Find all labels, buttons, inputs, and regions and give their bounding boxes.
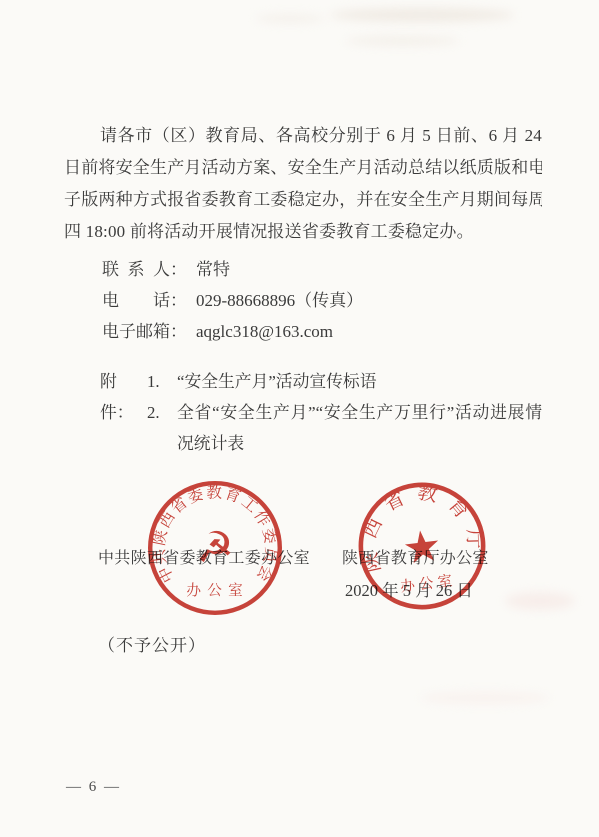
- paragraph-line-2: 日前将安全生产月活动方案、安全生产月活动总结以纸质版和电: [64, 152, 542, 184]
- contact-info-block: 联系人：常特 电话：029-88668896（传真） 电子邮箱：aqglc318…: [102, 254, 542, 347]
- scan-smudge: [420, 692, 550, 704]
- scan-smudge: [330, 8, 515, 22]
- paragraph-line-4: 四 18:00 前将活动开展情况报送省委教育工委稳定办。: [64, 216, 542, 248]
- page-number: — 6 —: [66, 779, 121, 796]
- contact-email-label: 电子邮箱: [102, 316, 170, 347]
- scan-smudge: [505, 592, 575, 610]
- attachment-number: 2.: [147, 397, 160, 428]
- attachments-label: 附件：: [100, 366, 147, 459]
- official-seal-education-department: 陕西省教育厅 ★ 办公室: [347, 471, 496, 620]
- contact-email-row: 电子邮箱：aqglc318@163.com: [102, 316, 542, 347]
- paragraph-line-3: 子版两种方式报省委教育工委稳定办，并在安全生产月期间每周: [64, 184, 542, 216]
- contact-person-value: 常特: [196, 260, 230, 279]
- contact-person-label: 联系人: [102, 254, 170, 285]
- attachments-block: 附件： 1.“安全生产月”活动宣传标语 2.全省“安全生产月”“安全生产万里行”…: [100, 366, 542, 459]
- attachment-title: 全省“安全生产月”“安全生产万里行”活动进展情况统计表: [177, 403, 542, 453]
- attachment-title: “安全生产月”活动宣传标语: [177, 372, 377, 391]
- seal-office-label: 办公室: [399, 572, 457, 596]
- body-paragraph: 请各市（区）教育局、各高校分别于 6 月 5 日前、6 月 24 日前将安全生产…: [64, 120, 542, 248]
- attachment-item-2: 2.全省“安全生产月”“安全生产万里行”活动进展情况统计表: [147, 397, 542, 459]
- document-body: 请各市（区）教育局、各高校分别于 6 月 5 日前、6 月 24 日前将安全生产…: [64, 120, 542, 459]
- scan-smudge: [345, 36, 460, 46]
- hammer-sickle-icon: ☭: [196, 523, 234, 573]
- colon: ：: [170, 291, 187, 310]
- confidential-note: （不予公开）: [98, 631, 206, 656]
- colon: ：: [170, 260, 187, 279]
- scan-smudge: [255, 14, 325, 23]
- scanned-document-page: 请各市（区）教育局、各高校分别于 6 月 5 日前、6 月 24 日前将安全生产…: [0, 0, 599, 837]
- paragraph-line-1: 请各市（区）教育局、各高校分别于 6 月 5 日前、6 月 24: [64, 120, 542, 152]
- seal-office-label: 办公室: [186, 582, 249, 599]
- attachment-item-1: 1.“安全生产月”活动宣传标语: [147, 366, 542, 397]
- official-seal-party-committee: 中共陕西省委教育工作委员会 ☭ 办公室: [144, 477, 286, 619]
- star-icon: ★: [400, 521, 445, 575]
- contact-phone-value: 029-88668896（传真）: [196, 291, 363, 310]
- attachment-number: 1.: [147, 366, 160, 397]
- contact-email-value: aqglc318@163.com: [196, 322, 333, 341]
- contact-phone-label: 电话: [102, 285, 170, 316]
- attachments-list: 1.“安全生产月”活动宣传标语 2.全省“安全生产月”“安全生产万里行”活动进展…: [147, 366, 542, 459]
- colon: ：: [170, 322, 187, 341]
- contact-phone-row: 电话：029-88668896（传真）: [102, 285, 542, 316]
- contact-person-row: 联系人：常特: [102, 254, 542, 285]
